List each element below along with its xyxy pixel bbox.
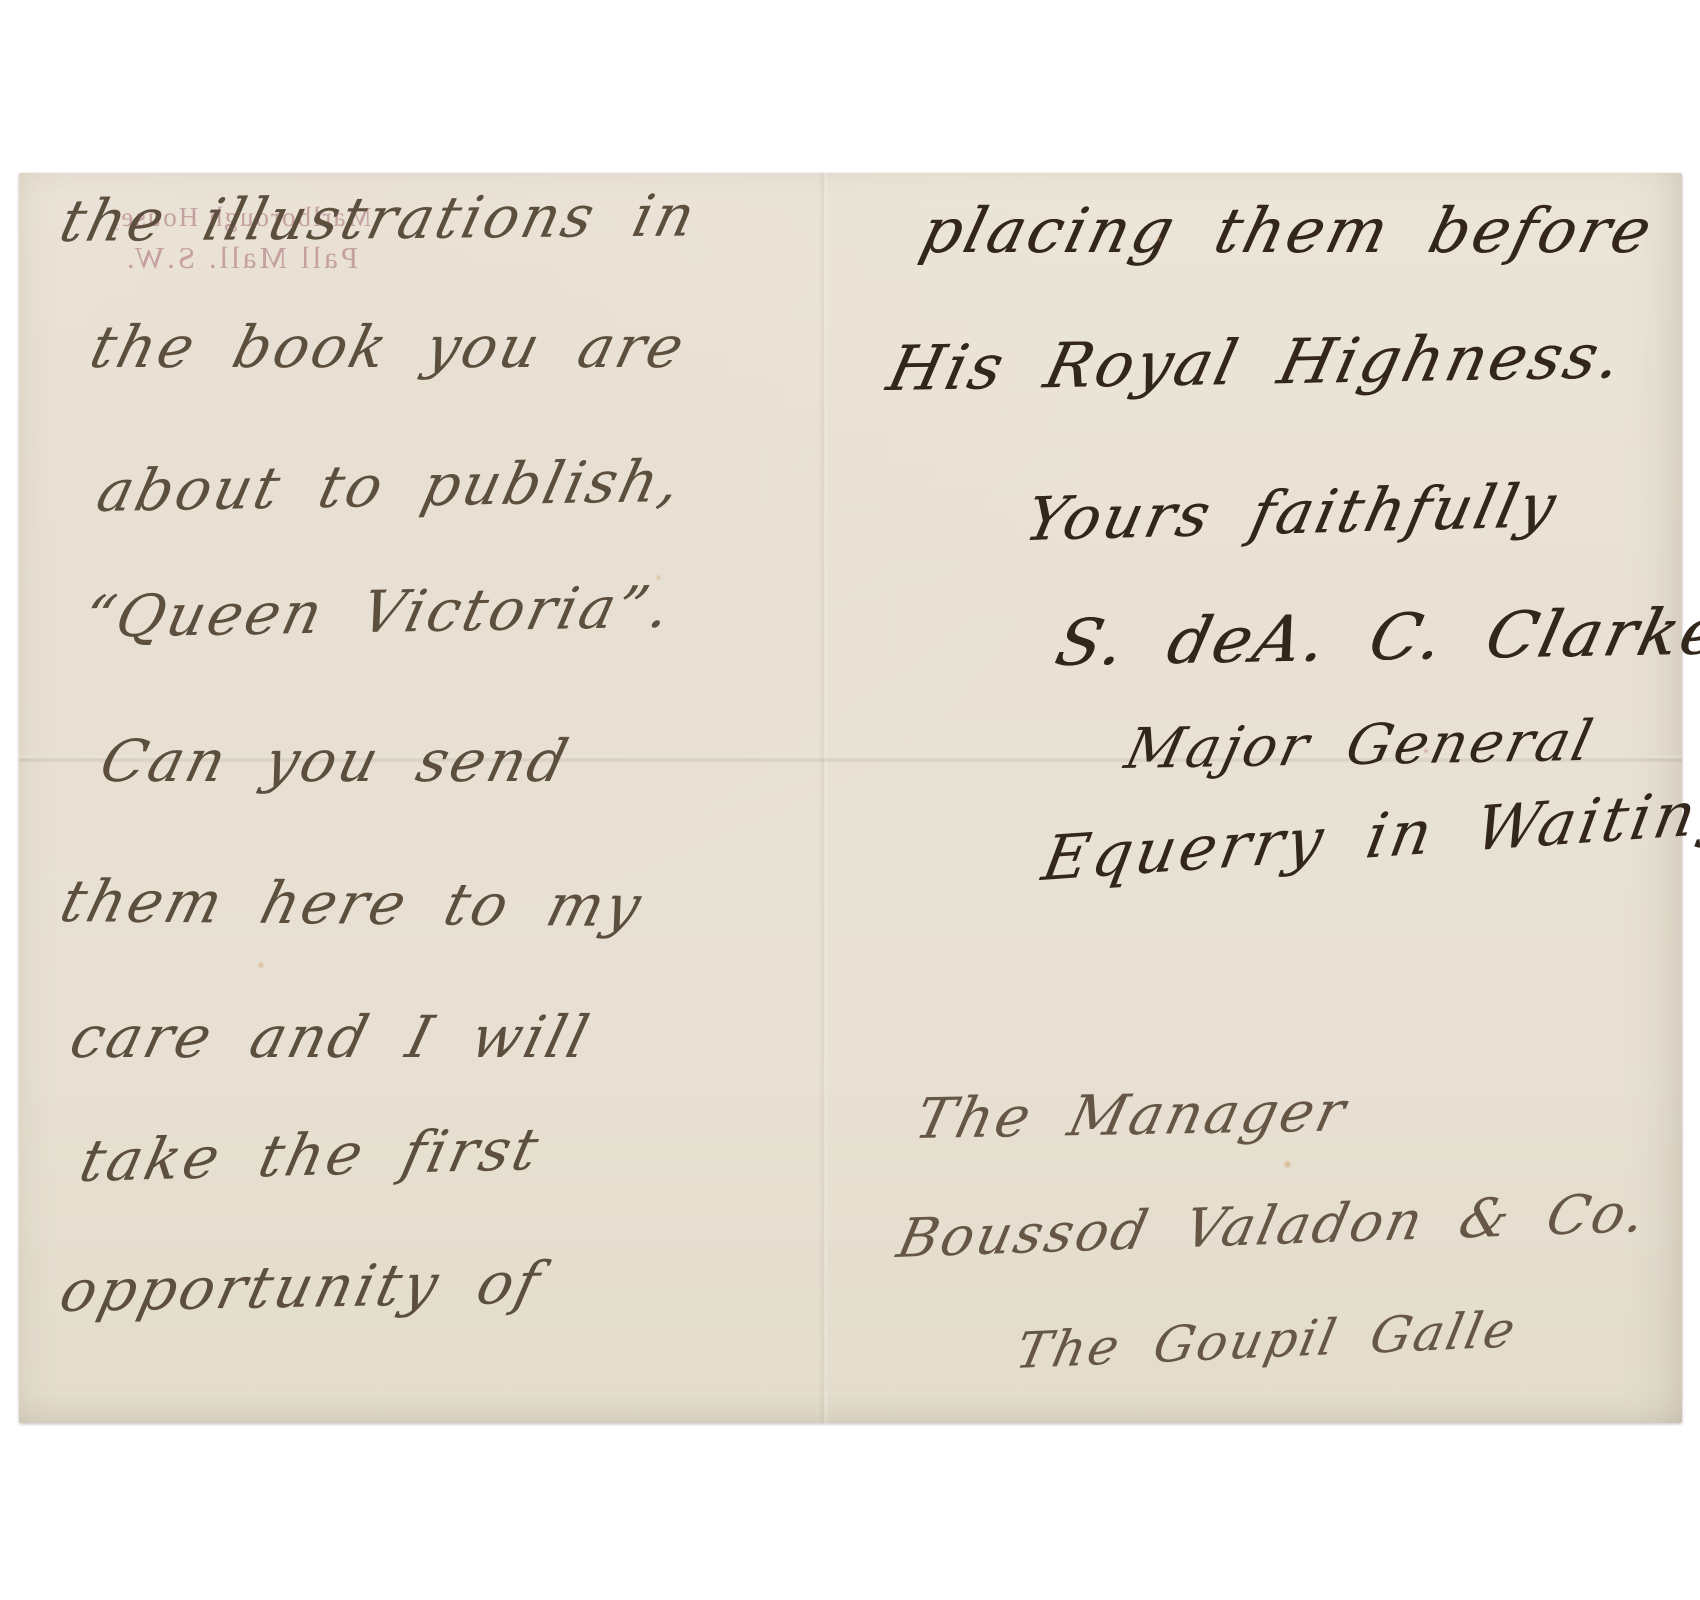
address-line-1: The Manager (910, 1085, 1353, 1148)
handwriting-line-right-3: Yours faithfully (1020, 476, 1563, 550)
letter-paper: Marlborough House, Pall Mall. S.W. the i… (19, 173, 1682, 1423)
handwriting-line-left-6: them here to my (55, 872, 649, 935)
vertical-fold-crease (819, 173, 828, 1423)
handwriting-line-left-4: “Queen Victoria”. (78, 578, 679, 646)
handwriting-line-left-9: opportunity of (55, 1254, 548, 1320)
handwriting-line-right-2: His Royal Highness. (882, 325, 1630, 400)
foxing-spot (257, 961, 265, 969)
handwriting-line-left-1: the illustrations in (55, 186, 703, 250)
address-line-2: Boussod Valadon & Co. (893, 1186, 1653, 1266)
handwriting-line-left-8: take the first (75, 1120, 546, 1190)
foxing-spot (1283, 1160, 1292, 1169)
handwriting-line-right-1: placing them before (915, 200, 1660, 262)
address-line-3: The Goupil Galle (1012, 1304, 1522, 1376)
handwriting-line-left-3: about to publish, (92, 452, 689, 520)
signature-title-office: Equerry in Waiting (1038, 780, 1700, 890)
handwriting-line-left-5: Can you send (95, 732, 576, 790)
signature: S. deA. C. Clarke (1050, 600, 1700, 676)
letter-scan: Marlborough House, Pall Mall. S.W. the i… (0, 0, 1700, 1600)
handwriting-line-left-2: the book you are (85, 318, 692, 376)
signature-title-rank: Major General (1120, 714, 1600, 778)
handwriting-line-left-7: care and I will (65, 1008, 597, 1066)
